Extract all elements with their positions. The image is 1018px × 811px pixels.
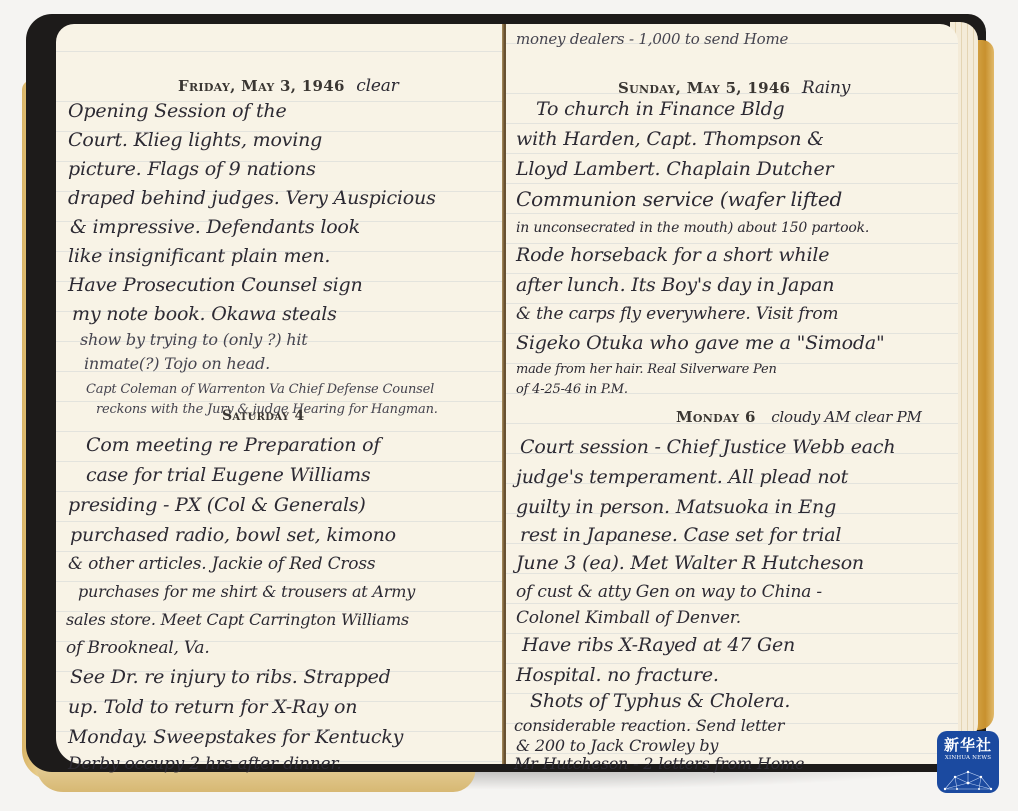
entry-line: sales store. Meet Capt Carrington Willia… [66, 610, 409, 629]
entry-line: June 3 (ea). Met Walter R Hutcheson [516, 552, 864, 574]
entry-line: & the carps fly everywhere. Visit from [516, 304, 838, 324]
entry-line: To church in Finance Bldg [536, 98, 785, 120]
entry-line: inmate(?) Tojo on head. [84, 354, 270, 373]
weather-note: cloudy AM clear PM [771, 408, 922, 426]
left-page: Friday, May 3, 1946 clear Opening Sessio… [56, 24, 504, 764]
date-heading-monday: Monday 6 cloudy AM clear PM [676, 408, 922, 426]
diary-photo: Friday, May 3, 1946 clear Opening Sessio… [0, 0, 1018, 811]
entry-line: & other articles. Jackie of Red Cross [68, 554, 375, 574]
heading-text: Sunday, May 5, 1946 [618, 79, 790, 97]
entry-line: of cust & atty Gen on way to China - [516, 582, 822, 602]
entry-line: Colonel Kimball of Denver. [516, 608, 741, 628]
watermark-english: XINHUA NEWS [937, 755, 999, 761]
entry-line: Mr Hutcheson - 2 letters from Home [514, 754, 804, 773]
watermark-chinese: 新华社 [937, 737, 999, 753]
entry-line: Have Prosecution Counsel sign [68, 274, 363, 296]
entry-line: draped behind judges. Very Auspicious [68, 187, 436, 209]
entry-line: like insignificant plain men. [68, 245, 330, 267]
weather-note: clear [356, 76, 398, 96]
entry-line: & impressive. Defendants look [70, 216, 360, 238]
top-note: money dealers - 1,000 to send Home [516, 30, 788, 48]
date-heading-saturday: Saturday 4 [222, 408, 304, 424]
entry-line: Rode horseback for a short while [516, 244, 829, 266]
entry-line: guilty in person. Matsuoka in Eng [516, 496, 836, 518]
entry-line: my note book. Okawa steals [72, 303, 337, 325]
entry-line: Derby occupy 2 hrs after dinner. [68, 754, 342, 774]
entry-line: after lunch. Its Boy's day in Japan [516, 274, 834, 296]
entry-line: Court session - Chief Justice Webb each [520, 436, 895, 458]
entry-line: judge's temperament. All plead not [516, 466, 848, 488]
entry-line: Lloyd Lambert. Chaplain Dutcher [516, 158, 833, 180]
margin-note: Capt Coleman of Warrenton Va Chief Defen… [86, 382, 434, 397]
entry-line: presiding - PX (Col & Generals) [68, 494, 366, 516]
entry-line: of 4-25-46 in P.M. [516, 382, 628, 397]
entry-line: Opening Session of the [68, 100, 287, 122]
entry-line: with Harden, Capt. Thompson & [516, 128, 824, 150]
entry-line: See Dr. re injury to ribs. Strapped [70, 666, 391, 688]
entry-line: Hospital. no fracture. [516, 664, 719, 686]
entry-line: Have ribs X-Rayed at 47 Gen [522, 634, 795, 656]
entry-line: purchased radio, bowl set, kimono [70, 524, 396, 546]
right-page: money dealers - 1,000 to send Home Sunda… [506, 24, 958, 764]
entry-line: made from her hair. Real Silverware Pen [516, 362, 777, 377]
date-heading-sunday: Sunday, May 5, 1946 Rainy [618, 78, 850, 98]
entry-line: considerable reaction. Send letter [514, 716, 784, 735]
entry-line: show by trying to (only ?) hit [80, 330, 308, 349]
entry-line: Shots of Typhus & Cholera. [530, 690, 790, 712]
entry-line: up. Told to return for X-Ray on [68, 696, 357, 718]
entry-line: of Brookneal, Va. [66, 638, 210, 658]
entry-line: case for trial Eugene Williams [86, 464, 370, 486]
heading-text: Friday, May 3, 1946 [178, 77, 345, 95]
xinhua-watermark: 新华社 XINHUA NEWS [937, 731, 999, 793]
entry-line: picture. Flags of 9 nations [68, 158, 316, 180]
entry-line: Com meeting re Preparation of [86, 434, 380, 456]
network-globe-icon [943, 769, 993, 791]
entry-line: Monday. Sweepstakes for Kentucky [68, 726, 403, 748]
entry-line: Court. Klieg lights, moving [68, 129, 322, 151]
date-heading-friday: Friday, May 3, 1946 clear [178, 76, 399, 96]
entry-line: & 200 to Jack Crowley by [516, 736, 718, 755]
heading-text: Monday 6 [676, 408, 756, 426]
entry-line: rest in Japanese. Case set for trial [520, 524, 841, 546]
entry-line: Communion service (wafer lifted [516, 187, 842, 211]
entry-line: purchases for me shirt & trousers at Arm… [78, 582, 415, 601]
entry-line: in unconsecrated in the mouth) about 150… [516, 220, 869, 236]
entry-line: Sigeko Otuka who gave me a "Simoda" [516, 332, 885, 354]
weather-note: Rainy [802, 78, 850, 98]
